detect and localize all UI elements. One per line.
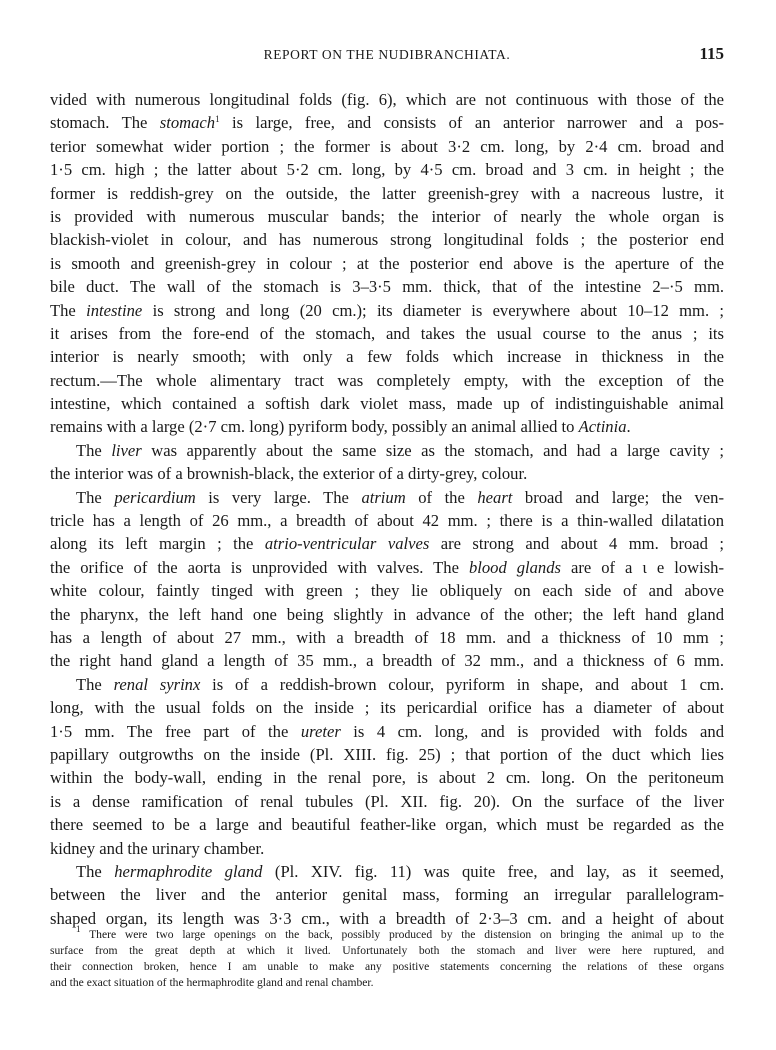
text-span: the orifice of the aorta is unprovided w… xyxy=(50,558,469,577)
running-head: REPORT ON THE NUDIBRANCHIATA. 115 xyxy=(50,44,724,66)
text-span: is 4 cm. long, and is provided with fold… xyxy=(341,722,724,741)
text-span: within the body-wall, ending in the rena… xyxy=(50,768,724,787)
text-line: interior is nearly smooth; with only a f… xyxy=(50,345,724,368)
text-span: the interior was of a brownish-black, th… xyxy=(50,464,527,483)
text-line: The intestine is strong and long (20 cm.… xyxy=(50,299,724,322)
text-line: The renal syrinx is of a reddish-brown c… xyxy=(50,673,724,696)
text-line: remains with a large (2·7 cm. long) pyri… xyxy=(50,415,724,438)
text-span: (Pl. XIV. fig. 11) was quite free, and l… xyxy=(262,862,724,881)
text-span: rectum.—The whole alimentary tract was c… xyxy=(50,371,724,390)
italic-term: atrio-ventricular valves xyxy=(265,534,429,553)
text-span: terior somewhat wider portion ; the form… xyxy=(50,137,724,156)
text-span: along its left margin ; the xyxy=(50,534,265,553)
text-span: remains with a large (2·7 cm. long) pyri… xyxy=(50,417,579,436)
italic-term: heart xyxy=(477,488,512,507)
text-line: rectum.—The whole alimentary tract was c… xyxy=(50,369,724,392)
footnote-text: surface from the great depth at which it… xyxy=(50,944,724,957)
text-line: terior somewhat wider portion ; the form… xyxy=(50,135,724,158)
text-line: is smooth and greenish-grey in colour ; … xyxy=(50,252,724,275)
text-span: is a dense ramification of renal tubules… xyxy=(50,792,724,811)
text-span: stomach. The xyxy=(50,113,160,132)
text-line: is provided with numerous muscular bands… xyxy=(50,205,724,228)
text-line: it arises from the fore-end of the stoma… xyxy=(50,322,724,345)
text-line: within the body-wall, ending in the rena… xyxy=(50,766,724,789)
text-span: between the liver and the anterior genit… xyxy=(50,885,724,904)
text-line: The hermaphrodite gland (Pl. XIV. fig. 1… xyxy=(50,860,724,883)
text-line: long, with the usual folds on the inside… xyxy=(50,696,724,719)
text-line: former is reddish-grey on the outside, t… xyxy=(50,182,724,205)
text-line: the pharynx, the left hand one being sli… xyxy=(50,603,724,626)
text-span: interior is nearly smooth; with only a f… xyxy=(50,347,724,366)
text-line: between the liver and the anterior genit… xyxy=(50,883,724,906)
text-span: former is reddish-grey on the outside, t… xyxy=(50,184,724,203)
text-line: the right hand gland a length of 35 mm.,… xyxy=(50,649,724,672)
text-span: white colour, faintly tinged with green … xyxy=(50,581,724,600)
text-span: intestine, which contained a softish dar… xyxy=(50,394,724,413)
text-line: has a length of about 27 mm., with a bre… xyxy=(50,626,724,649)
text-span: 1·5 cm. high ; the latter about 5·2 cm. … xyxy=(50,160,724,179)
text-line: 1·5 cm. high ; the latter about 5·2 cm. … xyxy=(50,158,724,181)
italic-term: pericardium xyxy=(114,488,195,507)
italic-term: renal syrinx xyxy=(114,675,201,694)
text-span: shaped organ, its length was 3·3 cm., wi… xyxy=(50,909,724,928)
footnote-text: and the exact situation of the hermaphro… xyxy=(50,976,374,989)
footnote: 1 There were two large openings on the b… xyxy=(50,927,724,991)
text-span: is very large. The xyxy=(196,488,362,507)
text-span: 1·5 mm. The free part of the xyxy=(50,722,301,741)
text-line: is a dense ramification of renal tubules… xyxy=(50,790,724,813)
text-span: kidney and the urinary chamber. xyxy=(50,839,264,858)
italic-term: Actinia xyxy=(579,417,627,436)
footnote-line: 1 There were two large openings on the b… xyxy=(50,927,724,943)
text-span: papillary outgrowths on the inside (Pl. … xyxy=(50,745,724,764)
text-span: are strong and about 4 mm. broad ; xyxy=(429,534,724,553)
text-span: tricle has a length of 26 mm., a breadth… xyxy=(50,511,724,530)
footnote-text: There were two large openings on the bac… xyxy=(81,928,725,941)
text-line: the orifice of the aorta is unprovided w… xyxy=(50,556,724,579)
footnote-line: their connection broken, hence I am unab… xyxy=(50,959,724,975)
text-line: bile duct. The wall of the stomach is 3–… xyxy=(50,275,724,298)
text-span: of the xyxy=(406,488,478,507)
text-span: it arises from the fore-end of the stoma… xyxy=(50,324,724,343)
page-number: 115 xyxy=(699,44,724,64)
text-line: vided with numerous longitudinal folds (… xyxy=(50,88,724,111)
text-span: The xyxy=(76,488,114,507)
text-span: has a length of about 27 mm., with a bre… xyxy=(50,628,724,647)
text-line: kidney and the urinary chamber. xyxy=(50,837,724,860)
text-line: there seemed to be a large and beautiful… xyxy=(50,813,724,836)
text-span: The xyxy=(50,301,86,320)
text-span: is smooth and greenish-grey in colour ; … xyxy=(50,254,724,273)
text-span: the pharynx, the left hand one being sli… xyxy=(50,605,724,624)
text-span: was apparently about the same size as th… xyxy=(142,441,724,460)
text-line: white colour, faintly tinged with green … xyxy=(50,579,724,602)
footnote-line: surface from the great depth at which it… xyxy=(50,943,724,959)
text-span: is large, free, and consists of an anter… xyxy=(220,113,724,132)
text-span: long, with the usual folds on the inside… xyxy=(50,698,724,717)
text-span: The xyxy=(76,862,114,881)
text-span: is strong and long (20 cm.); its diamete… xyxy=(142,301,724,320)
text-line: blackish-violet in colour, and has numer… xyxy=(50,228,724,251)
text-line: The liver was apparently about the same … xyxy=(50,439,724,462)
text-line: tricle has a length of 26 mm., a breadth… xyxy=(50,509,724,532)
text-span: blackish-violet in colour, and has numer… xyxy=(50,230,724,249)
text-span: . xyxy=(627,417,631,436)
italic-term: liver xyxy=(111,441,141,460)
footnote-line: and the exact situation of the hermaphro… xyxy=(50,975,724,991)
text-line: papillary outgrowths on the inside (Pl. … xyxy=(50,743,724,766)
text-line: 1·5 mm. The free part of the ureter is 4… xyxy=(50,720,724,743)
running-title: REPORT ON THE NUDIBRANCHIATA. xyxy=(50,47,724,63)
text-line: the interior was of a brownish-black, th… xyxy=(50,462,724,485)
text-span: The xyxy=(76,675,114,694)
italic-term: intestine xyxy=(86,301,142,320)
text-span: broad and large; the ven- xyxy=(512,488,724,507)
text-span: are of a ɩ e lowish- xyxy=(561,558,724,577)
text-span: is of a reddish-brown colour, pyriform i… xyxy=(200,675,724,694)
text-line: The pericardium is very large. The atriu… xyxy=(50,486,724,509)
text-span: the right hand gland a length of 35 mm.,… xyxy=(50,651,724,670)
text-line: along its left margin ; the atrio-ventri… xyxy=(50,532,724,555)
text-span: The xyxy=(76,441,111,460)
italic-term: blood glands xyxy=(469,558,561,577)
italic-term: hermaphrodite gland xyxy=(114,862,262,881)
italic-term: stomach xyxy=(160,113,215,132)
footnote-text: their connection broken, hence I am unab… xyxy=(50,960,724,973)
italic-term: atrium xyxy=(361,488,405,507)
text-span: vided with numerous longitudinal folds (… xyxy=(50,90,724,109)
text-span: there seemed to be a large and beautiful… xyxy=(50,815,724,834)
text-span: bile duct. The wall of the stomach is 3–… xyxy=(50,277,724,296)
text-line: intestine, which contained a softish dar… xyxy=(50,392,724,415)
text-line: stomach. The stomach1 is large, free, an… xyxy=(50,111,724,134)
body-text: vided with numerous longitudinal folds (… xyxy=(50,88,724,930)
text-span: is provided with numerous muscular bands… xyxy=(50,207,724,226)
italic-term: ureter xyxy=(301,722,341,741)
